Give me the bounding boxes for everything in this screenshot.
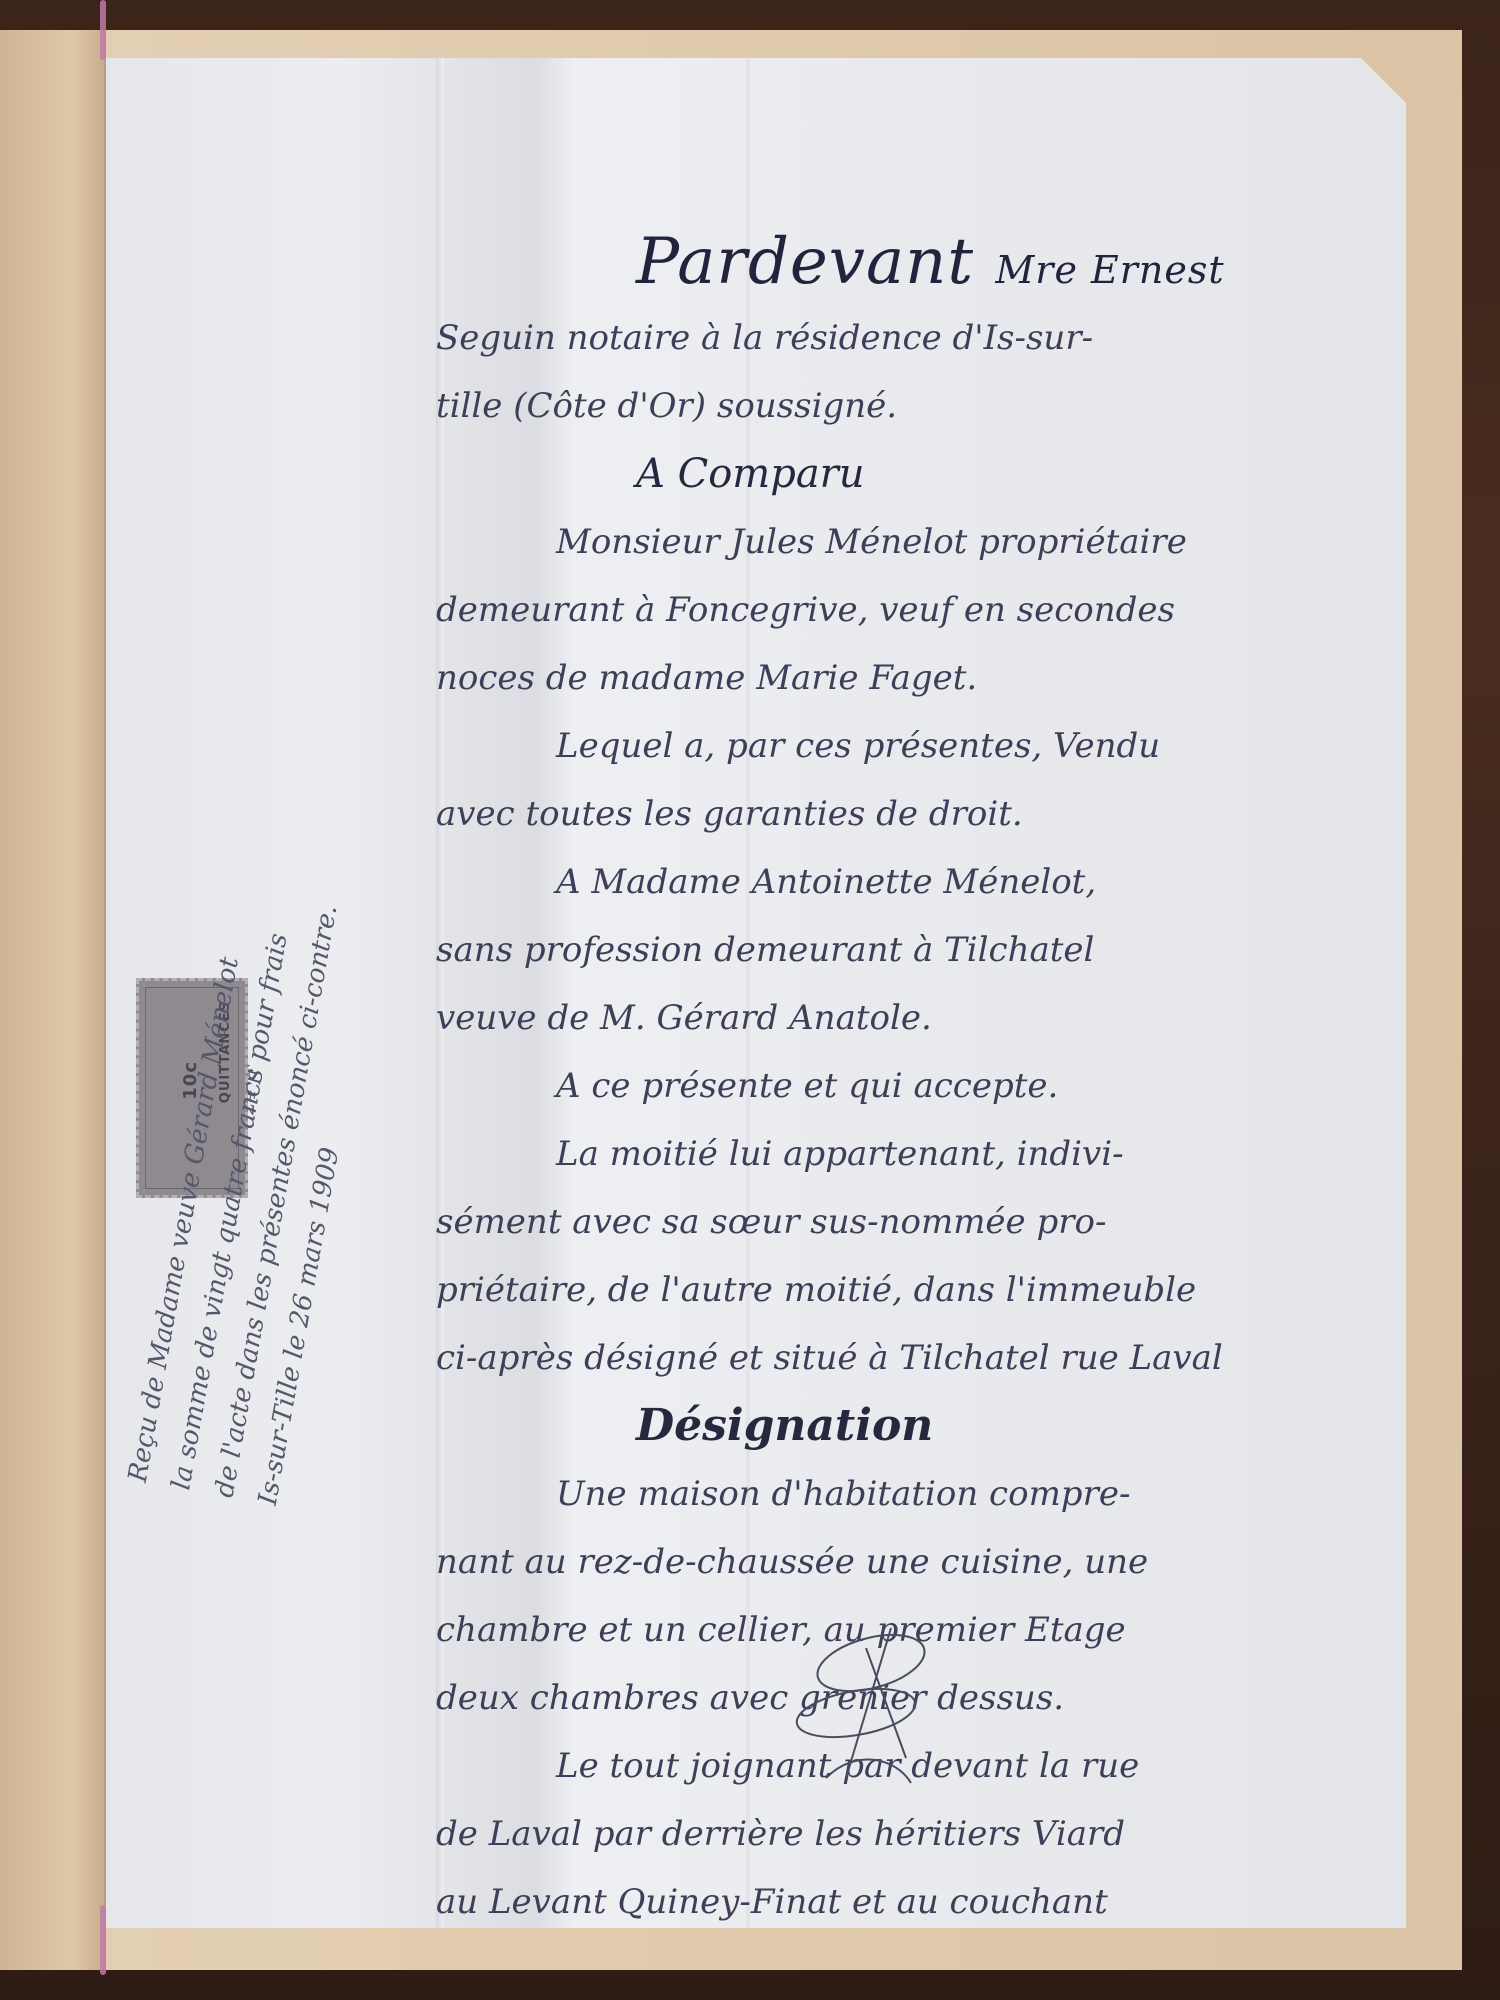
text-line: A Madame Antoinette Ménelot, [436, 848, 1366, 916]
text-line: au Levant Quiney-Finat et au couchant [436, 1868, 1366, 1936]
text-line: La moitié lui appartenant, indivi- [436, 1120, 1366, 1188]
paraph-initials-icon [786, 1618, 936, 1788]
title-text: Pardevant [636, 225, 974, 299]
text-line: Seguin notaire à la résidence d'Is-sur- [436, 304, 1366, 372]
binding-string-bottom [100, 1905, 106, 1975]
text-line: de Laval par derrière les héritiers Viar… [436, 1800, 1366, 1868]
notary-title: Mre Ernest [995, 248, 1224, 292]
text-line: sans profession demeurant à Tilchatel [436, 916, 1366, 984]
text-line: noces de madame Marie Faget. [436, 644, 1366, 712]
text-line: Monsieur Jules Ménelot propriétaire [436, 508, 1366, 576]
section-comparu: A Comparu [436, 440, 1366, 508]
text-line: nant au rez-de-chaussée une cuisine, une [436, 1528, 1366, 1596]
text-line: ci-après désigné et situé à Tilchatel ru… [436, 1324, 1366, 1392]
text-line: Lequel a, par ces présentes, Vendu [436, 712, 1366, 780]
text-line: sément avec sa sœur sus-nommée pro- [436, 1188, 1366, 1256]
binding-string-top [100, 0, 106, 60]
text-line: Une maison d'habitation compre- [436, 1460, 1366, 1528]
deed-page: Pardevant Mre Ernest Seguin notaire à la… [106, 58, 1406, 1928]
folder-left-flap [0, 30, 106, 1970]
text-line: veuve de M. Gérard Anatole. [436, 984, 1366, 1052]
text-line: priétaire, de l'autre moitié, dans l'imm… [436, 1256, 1366, 1324]
text-line: avec toutes les garanties de droit. [436, 780, 1366, 848]
text-line: demeurant à Foncegrive, veuf en secondes [436, 576, 1366, 644]
text-line: tille (Côte d'Or) soussigné. [436, 372, 1366, 440]
section-designation: Désignation [436, 1392, 1366, 1460]
text-line: A ce présente et qui accepte. [436, 1052, 1366, 1120]
deed-title: Pardevant Mre Ernest [436, 228, 1366, 304]
